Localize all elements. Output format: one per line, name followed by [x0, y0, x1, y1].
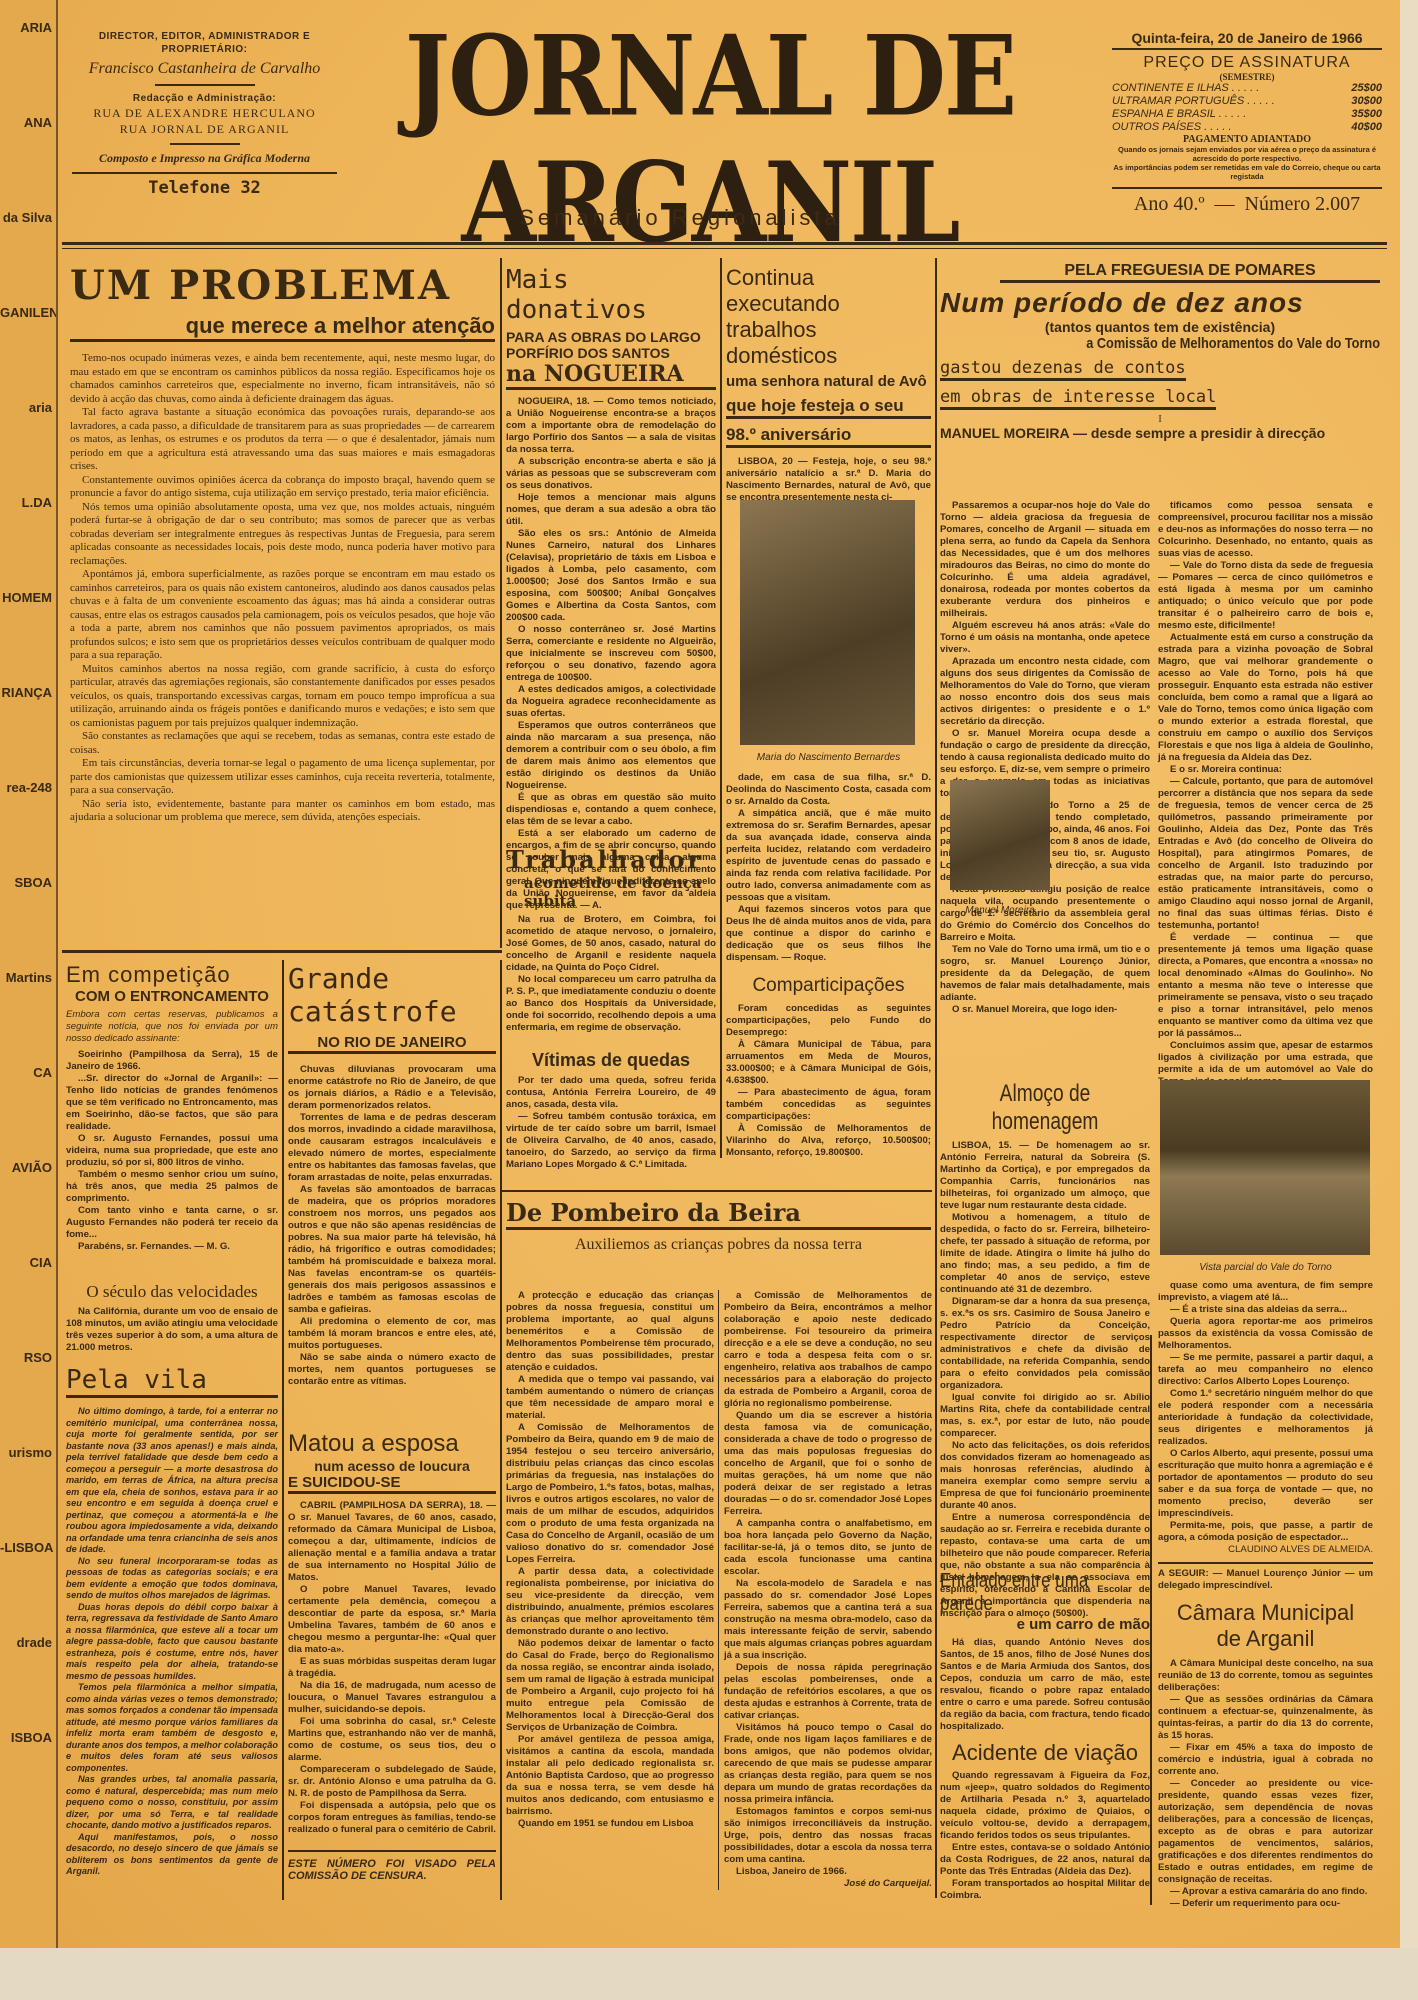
article-title: Comparticipações — [726, 975, 931, 997]
price-region: ULTRAMAR PORTUGUÊS . . . . . — [1112, 95, 1275, 108]
article-competicao: Em competição COM O ENTRONCAMENTO Embora… — [66, 962, 278, 1253]
article-title: UM PROBLEMA — [70, 262, 495, 309]
article-body-col2: tificamos como pessoa sensata e compreen… — [1158, 500, 1373, 1088]
phone-number: Telefone 32 — [72, 178, 337, 198]
article-title: Pela vila — [66, 1365, 278, 1398]
masthead-right-box: Quinta-feira, 20 de Janeiro de 1966 PREÇ… — [1112, 30, 1382, 216]
paragraph: No último domingo, à tarde, foi a enterr… — [66, 1406, 278, 1556]
paragraph: O nosso conterrâneo sr. José Martins Ser… — [506, 624, 716, 684]
article-title: Grande — [288, 962, 496, 995]
censorship-note: ESTE NÚMERO FOI VISADO PELA COMISSÃO DE … — [288, 1850, 496, 1882]
photo-caption: Manuel Moreira — [945, 905, 1055, 916]
paragraph: Lisboa, Janeiro de 1966. — [724, 1866, 932, 1878]
edge-fragment: CIA — [0, 1255, 56, 1270]
paragraph: Por ter dado uma queda, sofreu ferida co… — [506, 1075, 716, 1111]
paragraph: Foram concedidas as seguintes compartici… — [726, 1003, 931, 1039]
article-body: LISBOA, 20 — Festeja, hoje, o seu 98.º a… — [726, 456, 931, 504]
article-title-2: de Arganil — [1158, 1626, 1373, 1652]
price-row: ULTRAMAR PORTUGUÊS . . . . .30$00 — [1112, 95, 1382, 108]
article-title: Continua executando — [726, 265, 931, 317]
paragraph: Foi dispensada a autópsia, pelo que os c… — [288, 1800, 496, 1836]
paragraph: Também o mesmo senhor criou um suíno, há… — [66, 1169, 278, 1205]
article-acidente: Acidente de viação Quando regressavam à … — [940, 1740, 1150, 1902]
article-subtitle: (tantos quantos tem de existência) — [940, 319, 1380, 335]
paragraph: Entre estes, contava-se o soldado Antóni… — [940, 1842, 1150, 1878]
paragraph: Aprazada um encontro nesta cidade, com a… — [940, 656, 1150, 728]
paragraph: A protecção e educação das crianças pobr… — [506, 1290, 714, 1374]
paragraph: quase como uma aventura, de fim sempre i… — [1158, 1280, 1373, 1304]
paragraph: À Comissão de Melhoramentos de Vilarinho… — [726, 1123, 931, 1159]
price-period: (SEMESTRE) — [1112, 72, 1382, 82]
article-entalado: Entalado entre uma parede e um carro de … — [940, 1570, 1150, 1733]
price-value: 25$00 — [1351, 82, 1382, 95]
paragraph: Muitos caminhos abertos na nossa região,… — [70, 663, 495, 731]
paragraph: Visitámos há pouco tempo o Casal do Frad… — [724, 1722, 932, 1806]
price-value: 40$00 — [1351, 121, 1382, 134]
paragraph: — Deferir um requerimento para ocu- — [1158, 1898, 1373, 1910]
printed-by: Composto e Impresso na Gráfica Moderna — [72, 151, 337, 166]
paragraph: À Câmara Municipal de Tábua, para arruam… — [726, 1039, 931, 1087]
article-body: Por ter dado uma queda, sofreu ferida co… — [506, 1075, 716, 1171]
paragraph: Não se sabe ainda o número exacto de mor… — [288, 1352, 496, 1388]
paragraph: Há dias, quando António Neves dos Santos… — [940, 1637, 1150, 1733]
paragraph: Torrentes de lama e de pedras desceram d… — [288, 1112, 496, 1184]
paragraph: Tal facto agrava bastante a situação eco… — [70, 406, 495, 474]
paragraph: A Comissão de Melhoramentos de Pombeiro … — [506, 1422, 714, 1566]
article-body: CABRIL (PAMPILHOSA DA SERRA), 18. — O sr… — [288, 1500, 496, 1836]
divider — [72, 172, 337, 174]
airmail-note: Quando os jornais sejam enviados por via… — [1112, 145, 1382, 163]
article-pombeiro: De Pombeiro da Beira Auxiliemos as crian… — [506, 1198, 931, 1254]
paragraph: Apontámos já, embora superficialmente, a… — [70, 568, 495, 663]
edge-fragment: L.DA — [0, 495, 56, 510]
article-title: Matou a esposa — [288, 1430, 496, 1458]
paragraph: É verdade — continua — que presentemente… — [1158, 932, 1373, 1040]
paragraph: Chuvas diluvianas provocaram uma enorme … — [288, 1064, 496, 1112]
price-row: ESPANHA E BRASIL . . . . .35$00 — [1112, 108, 1382, 121]
price-region: ESPANHA E BRASIL . . . . . — [1112, 108, 1246, 121]
article-signature: CLAUDINO ALVES DE ALMEIDA. — [1158, 1544, 1373, 1556]
paragraph: Alguém escreveu há anos atrás: «Vale do … — [940, 620, 1150, 656]
paragraph: Quando um dia se escrever a história des… — [724, 1410, 932, 1518]
issue-year-number: Ano 40.º — Número 2.007 — [1112, 187, 1382, 216]
article-subtitle: COM O ENTRONCAMENTO — [66, 988, 278, 1005]
adjacent-page-edge: ARIAANAda SilvaGANILENSEariaL.DAHOMEMRIA… — [0, 0, 58, 1948]
column-rule — [500, 258, 502, 948]
price-list: CONTINENTE E ILHAS . . . . .25$00ULTRAMA… — [1112, 82, 1382, 134]
column-rule — [500, 960, 502, 1900]
article-title: Em competição — [66, 962, 278, 988]
article-problema: UM PROBLEMA que merece a melhor atenção … — [70, 262, 495, 825]
edge-fragment: da Silva — [0, 210, 56, 225]
article-body-col1: Passaremos a ocupar-nos hoje do Vale do … — [940, 500, 1150, 1016]
paragraph: No acto das felicitações, os dois referi… — [940, 1440, 1150, 1512]
article-subtitle: num acesso de loucura — [288, 1458, 496, 1474]
article-camara: Câmara Municipal de Arganil A Câmara Mun… — [1158, 1600, 1373, 1910]
article-body: Foram concedidas as seguintes compartici… — [726, 1003, 931, 1159]
newspaper-subtitle: Semanário Regionalista — [420, 205, 940, 231]
paragraph: Em tais circunstâncias, deveria tornar-s… — [70, 757, 495, 798]
article-title: Num período de dez anos — [940, 287, 1380, 319]
paragraph: A partir dessa data, a colectividade reg… — [506, 1566, 714, 1638]
paragraph: Depois de nossa rápida peregrinação pela… — [724, 1662, 932, 1722]
paragraph: Parabéns, sr. Fernandes. — M. G. — [66, 1241, 278, 1253]
price-value: 30$00 — [1351, 95, 1382, 108]
paragraph: — Calcule, portanto, que para de automóv… — [1158, 776, 1373, 932]
article-title: O século das velocidades — [66, 1282, 278, 1302]
article-body: LISBOA, 15. — De homenagem ao sr. Antóni… — [940, 1140, 1150, 1620]
paragraph: Na escola-modelo de Saradela e nas passa… — [724, 1578, 932, 1662]
article-body: Na rua de Brotero, em Coimbra, foi acome… — [506, 914, 716, 1034]
article-body: No último domingo, à tarde, foi a enterr… — [66, 1406, 278, 1878]
article-subtitle: e um carro de mão — [940, 1616, 1150, 1633]
paragraph: — Se me permite, passarei a partir daqui… — [1158, 1352, 1373, 1388]
article-title-2: trabalhos domésticos — [726, 317, 931, 369]
paragraph: Permita-me, pois, que passe, a partir de… — [1158, 1520, 1373, 1544]
article-subtitle: Auxiliemos as crianças pobres da nossa t… — [506, 1236, 931, 1254]
article-title: Câmara Municipal — [1158, 1600, 1373, 1626]
paragraph: Constantemente ouvimos opiniões ácerca d… — [70, 474, 495, 501]
paragraph: Actualmente está em curso a construção d… — [1158, 632, 1373, 764]
divider — [155, 84, 255, 86]
article-title: Acidente de viação — [940, 1740, 1150, 1766]
article-body-col1: A protecção e educação das crianças pobr… — [506, 1290, 714, 1830]
article-signature: José do Carqueijal. — [724, 1878, 932, 1890]
paragraph: A medida que o tempo vai passando, vai t… — [506, 1374, 714, 1422]
paragraph: Motivou a homenagem, a título de despedi… — [940, 1212, 1150, 1296]
article-body: Na Califórnia, durante um voo de ensaio … — [66, 1306, 278, 1354]
paragraph: Aqui fazemos sinceros votos para que Deu… — [726, 904, 931, 964]
price-row: CONTINENTE E ILHAS . . . . .25$00 — [1112, 82, 1382, 95]
address-line-2: RUA JORNAL DE ARGANIL — [72, 121, 337, 137]
paragraph: Foram transportados ao hospital Militar … — [940, 1878, 1150, 1902]
edge-fragment: -LISBOA — [0, 1540, 56, 1555]
article-vitimas: Vítimas de quedas Por ter dado uma queda… — [506, 1050, 716, 1171]
article-subtitle-3: 98.º aniversário — [726, 425, 931, 448]
portrait-photo-maria — [740, 500, 915, 745]
article-body-col2-cont: quase como uma aventura, de fim sempre i… — [1158, 1280, 1373, 1592]
paragraph: No local compareceu um carro patrulha da… — [506, 974, 716, 1034]
article-subtitle-2: E SUICIDOU-SE — [288, 1474, 496, 1494]
landscape-photo-vale-do-torno — [1160, 1080, 1370, 1255]
paragraph: E as suas mórbidas suspeitas deram lugar… — [288, 1656, 496, 1680]
section-number: I — [940, 414, 1380, 425]
paragraph: dade, em casa de sua filha, sr.ª D. Deol… — [726, 772, 931, 808]
paragraph: Com tanto vinho e tanta carne, o sr. Aug… — [66, 1205, 278, 1241]
article-title: Mais donativos — [506, 265, 716, 325]
edge-fragment: ARIA — [0, 20, 56, 35]
article-subtitle: acometido de doença súbita — [506, 874, 716, 910]
masthead-director: Francisco Castanheira de Carvalho — [72, 60, 337, 78]
column-rule — [935, 258, 937, 1898]
article-kicker: PELA FREGUESIA DE POMARES — [1000, 262, 1380, 283]
article-body: A Câmara Municipal deste concelho, na su… — [1158, 1658, 1373, 1910]
masthead-rule — [62, 248, 1387, 249]
price-value: 35$00 — [1351, 108, 1382, 121]
price-region: CONTINENTE E ILHAS . . . . . — [1112, 82, 1259, 95]
paragraph: — É a triste sina das aldeias da serra..… — [1158, 1304, 1373, 1316]
article-subtitle: uma senhora natural de Avô — [726, 373, 931, 390]
edge-fragment: AVIÃO — [0, 1160, 56, 1175]
edge-fragment: ANA — [0, 115, 56, 130]
paragraph: A campanha contra o analfabetismo, em bo… — [724, 1518, 932, 1578]
paragraph: A simpática anciã, que é mãe muito extre… — [726, 808, 931, 904]
paragraph: O Carlos Alberto, aqui presente, possui … — [1158, 1448, 1373, 1520]
masthead-rule — [62, 242, 1387, 245]
price-title: PREÇO DE ASSINATURA — [1112, 54, 1382, 72]
article-subtitle-2: na NOGUEIRA — [506, 361, 716, 390]
article-subtitle: que merece a melhor atenção — [70, 313, 495, 342]
edge-fragment: drade — [0, 1635, 56, 1650]
article-subtitle: NO RIO DE JANEIRO — [288, 1034, 496, 1054]
article-body: Quando regressavam à Figueira da Foz, nu… — [940, 1770, 1150, 1902]
paragraph: — Para abastecimento de água, foram tamb… — [726, 1087, 931, 1123]
paragraph: A estes dedicados amigos, a colectividad… — [506, 684, 716, 720]
edge-fragment: GANILENSE — [0, 305, 56, 320]
article-matou: Matou a esposa num acesso de loucura E S… — [288, 1430, 496, 1882]
article-body: Soeirinho (Pampilhosa da Serra), 15 de J… — [66, 1049, 278, 1253]
edge-fragment: aria — [0, 400, 56, 415]
paragraph: ...Sr. director do «Jornal de Arganil»: … — [66, 1073, 278, 1133]
paragraph: Não seria isto, evidentemente, bastante … — [70, 798, 495, 825]
paragraph: Foi uma sobrinha do casal, sr.ª Celeste … — [288, 1716, 496, 1764]
photo-caption: Vista parcial do Vale do Torno — [1158, 1262, 1373, 1273]
paragraph: Como 1.º secretário ninguém melhor do qu… — [1158, 1388, 1373, 1448]
continuation-note: A SEGUIR: — Manuel Lourenço Júnior — um … — [1158, 1562, 1373, 1592]
remittance-note: As importâncias podem ser remetidas em v… — [1112, 163, 1382, 181]
paragraph: a Comissão de Melhoramentos de Pombeiro … — [724, 1290, 932, 1410]
article-almoco: Almoço de homenagem LISBOA, 15. — De hom… — [940, 1080, 1150, 1620]
paragraph: O pobre Manuel Tavares, levado certament… — [288, 1584, 496, 1656]
paragraph: LISBOA, 20 — Festeja, hoje, o seu 98.º a… — [726, 456, 931, 504]
article-title: Almoço de homenagem — [961, 1080, 1129, 1136]
paragraph: Aqui manifestamos, pois, o nosso desacor… — [66, 1832, 278, 1878]
edge-fragment: SBOA — [0, 875, 56, 890]
section-rule — [62, 950, 502, 953]
paragraph: Tem no Vale do Torno uma irmã, um tio e … — [940, 944, 1150, 1004]
address-line-1: RUA DE ALEXANDRE HERCULANO — [72, 105, 337, 121]
paragraph: Na rua de Brotero, em Coimbra, foi acome… — [506, 914, 716, 974]
edge-fragment: rea-248 — [0, 780, 56, 795]
paragraph: — Conceder ao presidente ou vice-preside… — [1158, 1778, 1373, 1886]
paragraph: No seu funeral incorporaram-se todas as … — [66, 1556, 278, 1602]
paragraph: Não podemos deixar de lamentar o facto d… — [506, 1638, 714, 1734]
issue-date: Quinta-feira, 20 de Janeiro de 1966 — [1112, 30, 1382, 50]
payment-note: PAGAMENTO ADIANTADO — [1112, 134, 1382, 145]
article-title: Entalado entre uma parede — [940, 1570, 1119, 1616]
article-seculo: O século das velocidades Na Califórnia, … — [66, 1282, 278, 1354]
paragraph: Nós temos uma opinião absolutamente opos… — [70, 501, 495, 569]
paragraph: Estomagos famintos e corpos semi-nus são… — [724, 1806, 932, 1866]
edge-fragment: ISBOA — [0, 1730, 56, 1745]
paragraph: Hoje temos a mencionar mais alguns nomes… — [506, 492, 716, 528]
paragraph: Dignaram-se dar a honra da sua presença,… — [940, 1296, 1150, 1392]
divider — [170, 143, 240, 145]
paragraph: Esperamos que outros conterrâneos que ai… — [506, 720, 716, 792]
paragraph: — Que as sessões ordinárias da Câmara co… — [1158, 1694, 1373, 1742]
paragraph: tificamos como pessoa sensata e compreen… — [1158, 500, 1373, 560]
paragraph: — Sofreu também contusão toráxica, em vi… — [506, 1111, 716, 1171]
article-title: Vítimas de quedas — [506, 1050, 716, 1071]
column-rule — [718, 1290, 719, 1890]
paragraph: São eles os srs.: António de Almeida Nun… — [506, 528, 716, 624]
edge-fragment: HOMEM — [0, 590, 56, 605]
article-body-col2: a Comissão de Melhoramentos de Pombeiro … — [724, 1290, 932, 1890]
paragraph: Quando em 1951 se fundou em Lisboa — [506, 1818, 714, 1830]
paragraph: CABRIL (PAMPILHOSA DA SERRA), 18. — O sr… — [288, 1500, 496, 1584]
portrait-photo-manuel-moreira — [950, 780, 1050, 890]
article-subtitle: PARA AS OBRAS DO LARGO PORFÍRIO DOS SANT… — [506, 329, 716, 361]
paragraph: LISBOA, 15. — De homenagem ao sr. Antóni… — [940, 1140, 1150, 1212]
edge-fragment: urismo — [0, 1445, 56, 1460]
paragraph: Igual convite foi dirigido ao sr. Abílio… — [940, 1392, 1150, 1440]
edge-fragment: CA — [0, 1065, 56, 1080]
paragraph: O sr. Augusto Fernandes, possui uma vide… — [66, 1133, 278, 1169]
paragraph: Temos pela filarmónica a melhor simpatia… — [66, 1682, 278, 1774]
article-intro: Embora com certas reservas, publicamos a… — [66, 1009, 278, 1045]
article-subtitle-2: a Comissão de Melhoramentos do Vale do T… — [1006, 335, 1380, 352]
article-pela-vila: Pela vila No último domingo, à tarde, fo… — [66, 1365, 278, 1878]
paragraph: A subscrição encontra-se aberta e são já… — [506, 456, 716, 492]
paragraph: Na Califórnia, durante um voo de ensaio … — [66, 1306, 278, 1354]
paragraph: São constantes as reclamações que aqui s… — [70, 730, 495, 757]
paragraph: Ali predomina o elemento de cor, mas tam… — [288, 1316, 496, 1352]
article-pomares-header: PELA FREGUESIA DE POMARES Num período de… — [940, 262, 1380, 441]
paragraph: Nas grandes urbes, tal anomalia passaria… — [66, 1774, 278, 1832]
article-donativos: Mais donativos PARA AS OBRAS DO LARGO PO… — [506, 265, 716, 912]
price-row: OUTROS PAÍSES . . . . .40$00 — [1112, 121, 1382, 134]
article-continua: Continua executando trabalhos domésticos… — [726, 265, 931, 504]
masthead-roles: DIRECTOR, EDITOR, ADMINISTRADOR E PROPRI… — [72, 30, 337, 56]
article-subtitle-2: que hoje festeja o seu — [726, 396, 931, 419]
paragraph: O sr. Manuel Moreira, que logo iden- — [940, 1004, 1150, 1016]
paragraph: — Aprovar a estiva camarária do ano find… — [1158, 1886, 1373, 1898]
article-subtitle-4: em obras de interesse local — [940, 387, 1216, 410]
paragraph: É que as obras em questão são muito disp… — [506, 792, 716, 828]
paragraph: Passaremos a ocupar-nos hoje do Vale do … — [940, 500, 1150, 620]
photo-caption: Maria do Nascimento Bernardes — [726, 752, 931, 763]
paragraph: — Fixar em 45% a taxa do imposto de comé… — [1158, 1742, 1373, 1778]
column-rule — [282, 960, 284, 1900]
paragraph: E o sr. Moreira continua: — [1158, 764, 1373, 776]
column-rule — [720, 258, 722, 1158]
edge-fragment: RSO — [0, 1350, 56, 1365]
article-body: dade, em casa de sua filha, sr.ª D. Deol… — [726, 772, 931, 964]
paragraph: Soeirinho (Pampilhosa da Serra), 15 de J… — [66, 1049, 278, 1073]
paragraph: Compareceram o subdelegado de Saúde, sr.… — [288, 1764, 496, 1800]
article-title: Trabalhador — [506, 845, 716, 874]
edge-fragment: RIANÇA — [0, 685, 56, 700]
article-comparticipacoes: Comparticipações Foram concedidas as seg… — [726, 975, 931, 1159]
article-body: Chuvas diluvianas provocaram uma enorme … — [288, 1064, 496, 1388]
paragraph: Por amável gentileza de pessoa amiga, vi… — [506, 1734, 714, 1818]
paragraph: Temo-nos ocupado inúmeras vezes, e ainda… — [70, 352, 495, 406]
column-rule — [1150, 1335, 1152, 1905]
issue-number: Número 2.007 — [1245, 193, 1361, 215]
paragraph: A Câmara Municipal deste concelho, na su… — [1158, 1658, 1373, 1694]
edge-fragment: Martins — [0, 970, 56, 985]
paragraph: As favelas são amontoados de barracas de… — [288, 1184, 496, 1316]
article-catastrofe: Grande catástrofe NO RIO DE JANEIRO Chuv… — [288, 962, 496, 1388]
article-title-2: catástrofe — [288, 995, 496, 1028]
article-body: Há dias, quando António Neves dos Santos… — [940, 1637, 1150, 1733]
article-trabalhador: Trabalhador acometido de doença súbita N… — [506, 845, 716, 1034]
masthead-left-box: DIRECTOR, EDITOR, ADMINISTRADOR E PROPRI… — [72, 30, 337, 198]
issue-year: Ano 40.º — [1134, 193, 1205, 215]
article-body: NOGUEIRA, 18. — Como temos noticiado, a … — [506, 396, 716, 912]
redaccao-label: Redacção e Administração: — [72, 92, 337, 105]
paragraph: Queria agora reportar-me aos primeiros p… — [1158, 1316, 1373, 1352]
price-region: OUTROS PAÍSES . . . . . — [1112, 121, 1232, 134]
article-body: Temo-nos ocupado inúmeras vezes, e ainda… — [70, 352, 495, 825]
page-margin — [0, 1948, 1418, 2000]
paragraph: Duas horas depois do débil corpo baixar … — [66, 1602, 278, 1683]
article-title: De Pombeiro da Beira — [506, 1198, 931, 1230]
paragraph: Quando regressavam à Figueira da Foz, nu… — [940, 1770, 1150, 1842]
paragraph: NOGUEIRA, 18. — Como temos noticiado, a … — [506, 396, 716, 456]
paragraph: — Vale do Torno dista da sede de fregues… — [1158, 560, 1373, 632]
section-title: MANUEL MOREIRA — desde sempre a presidir… — [940, 425, 1380, 441]
paragraph: Na dia 16, de madrugada, num acesso de l… — [288, 1680, 496, 1716]
article-subtitle-3: gastou dezenas de contos — [940, 358, 1186, 381]
section-rule — [502, 1190, 932, 1192]
